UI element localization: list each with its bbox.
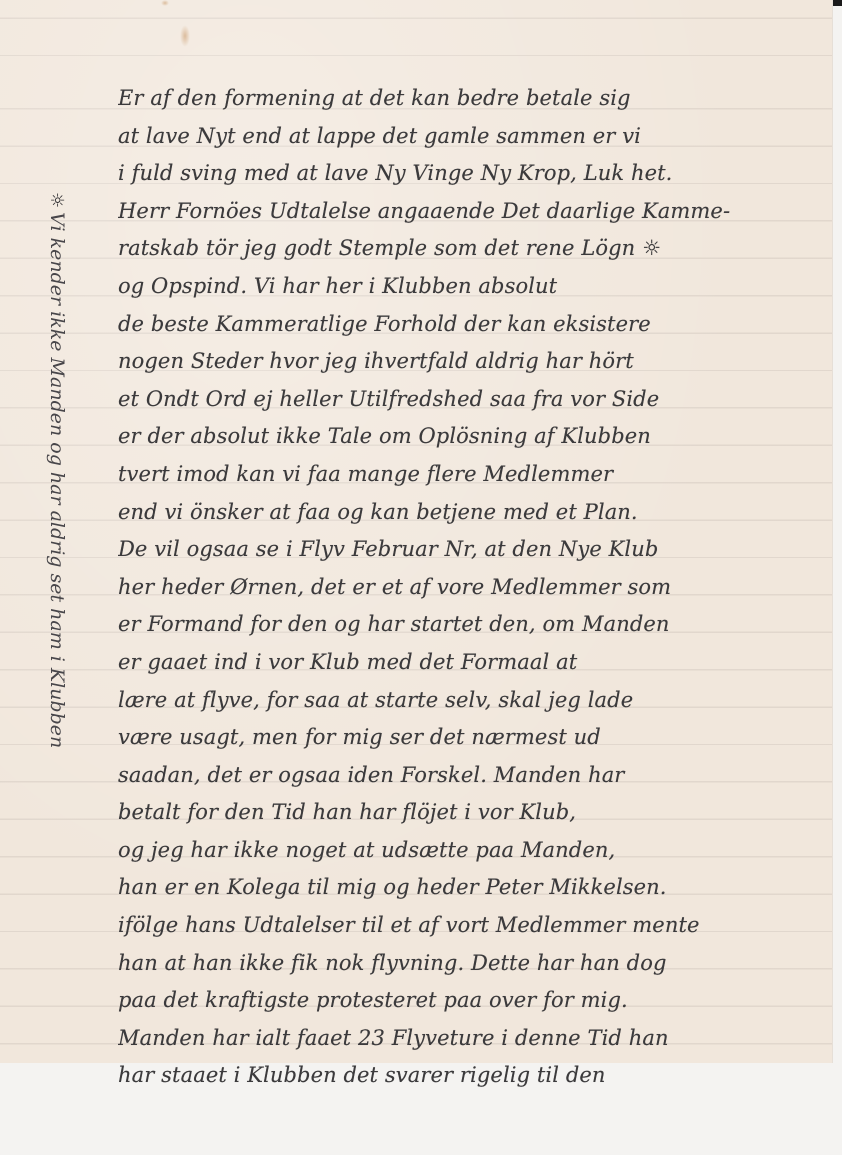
- text-line: betalt for den Tid han har flöjet i vor …: [118, 794, 832, 832]
- text-line: end vi önsker at faa og kan betjene med …: [118, 494, 832, 532]
- text-line: er der absolut ikke Tale om Oplösning af…: [118, 418, 832, 456]
- letter-page: ☼Vi kender ikke Manden og har aldrig set…: [0, 0, 832, 1063]
- text-line: saadan, det er ogsaa iden Forskel. Mande…: [118, 757, 832, 795]
- text-line: og jeg har ikke noget at udsætte paa Man…: [118, 832, 832, 870]
- text-line: ifölge hans Udtalelser til et af vort Me…: [118, 907, 832, 945]
- text-line: nogen Steder hvor jeg ihvertfald aldrig …: [118, 343, 832, 381]
- text-line: være usagt, men for mig ser det nærmest …: [118, 719, 832, 757]
- text-line: de beste Kammeratlige Forhold der kan ek…: [118, 306, 832, 344]
- text-line: ratskab tör jeg godt Stemple som det ren…: [118, 230, 832, 268]
- text-line: Er af den formening at det kan bedre bet…: [118, 80, 832, 118]
- text-line: har staaet i Klubben det svarer rigelig …: [118, 1057, 832, 1095]
- text-line: er gaaet ind i vor Klub med det Formaal …: [118, 644, 832, 682]
- text-line: er Formand for den og har startet den, o…: [118, 606, 832, 644]
- paper-stain: [180, 25, 190, 47]
- text-line: han er en Kolega til mig og heder Peter …: [118, 869, 832, 907]
- margin-note-text: Vi kender ikke Manden og har aldrig set …: [46, 212, 68, 748]
- text-line: De vil ogsaa se i Flyv Februar Nr, at de…: [118, 531, 832, 569]
- text-line: lære at flyve, for saa at starte selv, s…: [118, 682, 832, 720]
- text-line: i fuld sving med at lave Ny Vinge Ny Kro…: [118, 155, 832, 193]
- text-line: at lave Nyt end at lappe det gamle samme…: [118, 118, 832, 156]
- text-line: et Ondt Ord ej heller Utilfredshed saa f…: [118, 381, 832, 419]
- text-line: paa det kraftigste protesteret paa over …: [118, 982, 832, 1020]
- text-line: her heder Ørnen, det er et af vore Medle…: [118, 569, 832, 607]
- margin-note: ☼Vi kender ikke Manden og har aldrig set…: [42, 192, 72, 812]
- letter-body: Er af den formening at det kan bedre bet…: [118, 80, 832, 1095]
- text-line: han at han ikke fik nok flyvning. Dette …: [118, 945, 832, 983]
- text-line: og Opspind. Vi har her i Klubben absolut: [118, 268, 832, 306]
- text-line: Manden har ialt faaet 23 Flyveture i den…: [118, 1020, 832, 1058]
- text-line: tvert imod kan vi faa mange flere Medlem…: [118, 456, 832, 494]
- text-line: Herr Fornöes Udtalelse angaaende Det daa…: [118, 193, 832, 231]
- paper-stain: [161, 0, 169, 6]
- sun-asterisk-icon: ☼: [41, 192, 71, 208]
